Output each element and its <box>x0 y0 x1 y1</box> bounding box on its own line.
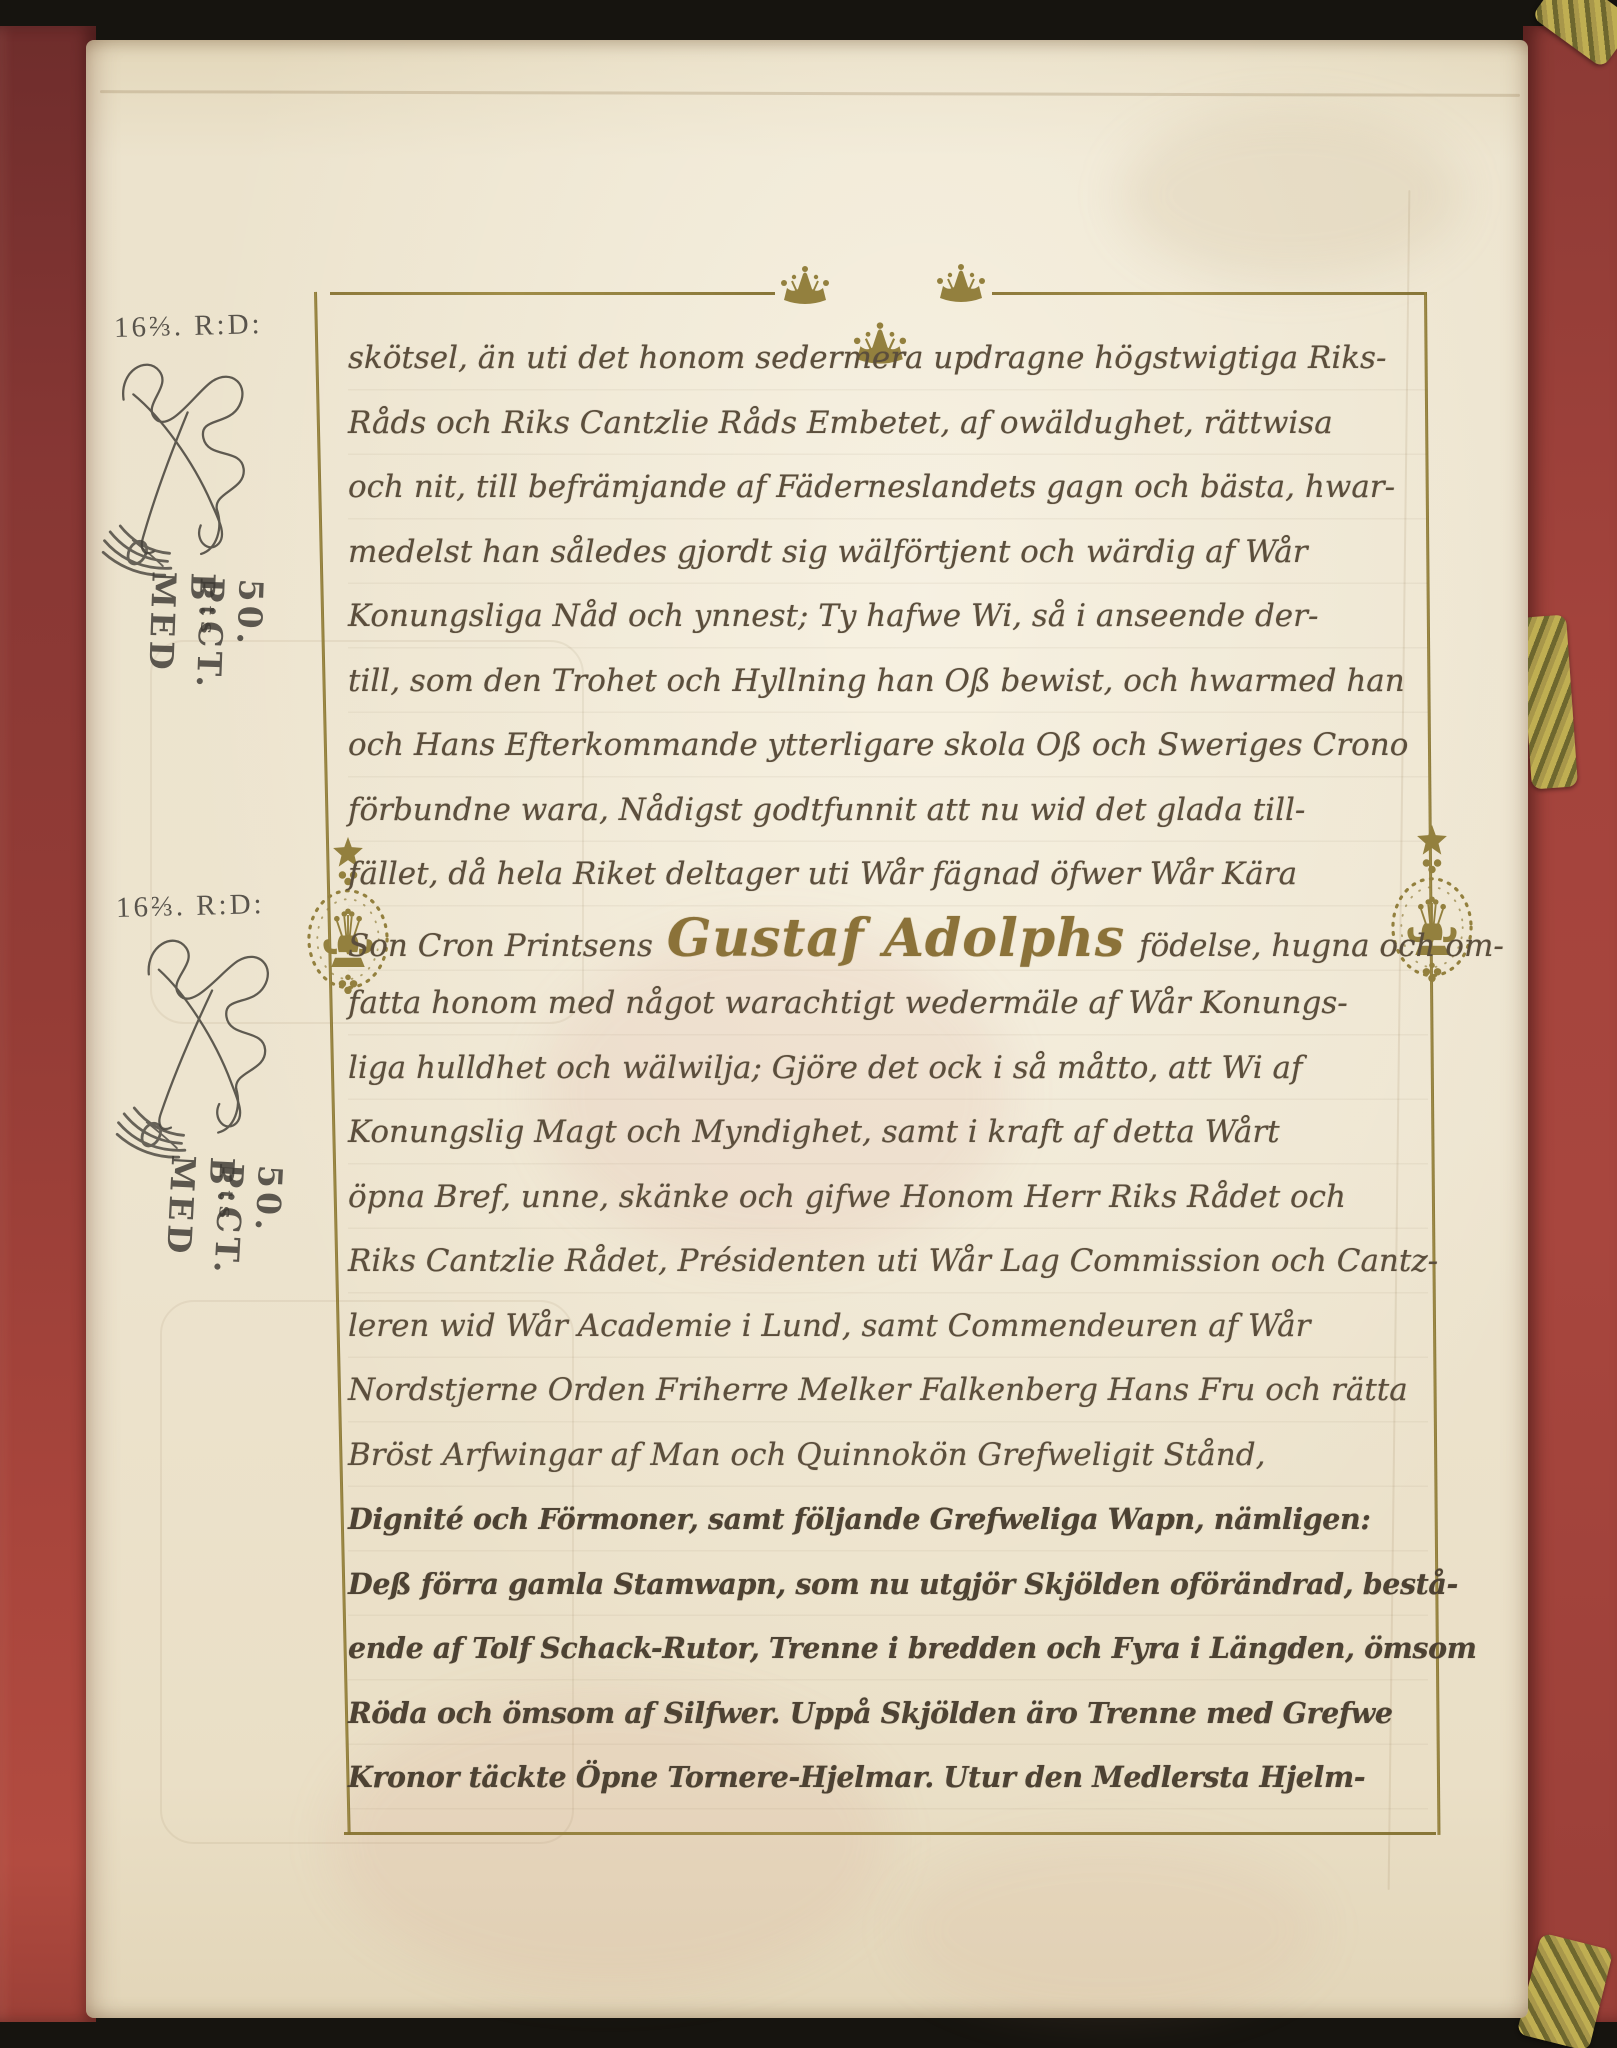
manuscript-line: och Hans Efterkommande ytterligare skola… <box>348 713 1428 778</box>
manuscript-line: Deß förra gamla Stamwapn, som nu utgjör … <box>348 1552 1428 1617</box>
manuscript-line: fatta honom med något warachtigt wedermä… <box>348 971 1428 1036</box>
manuscript-line: förbundne wara, Nådigst godtfunnit att n… <box>348 778 1428 843</box>
manuscript-line: och nit, till befrämjande af Fäderneslan… <box>348 455 1428 520</box>
manuscript-line: medelst han således gjordt sig wälförtje… <box>348 520 1428 585</box>
crown-icon <box>772 262 838 308</box>
manuscript-line: Konungsliga Nåd och ynnest; Ty hafwe Wi,… <box>348 584 1428 649</box>
manuscript-line: leren wid Wår Academie i Lund, samt Comm… <box>348 1294 1428 1359</box>
parchment-stain <box>900 1840 1320 2020</box>
crown-icon <box>928 260 994 306</box>
manuscript-line: liga hulldhet och wälwilja; Gjöre det oc… <box>348 1036 1428 1101</box>
frame-bottom-line <box>344 1832 1436 1835</box>
manuscript-line: fället, då hela Riket deltager uti Wår f… <box>348 842 1428 907</box>
discount-stamp-col: 50. P:CT. <box>204 1162 290 1326</box>
manuscript-line: Röda och ömsom af Silfwer. Uppå Skjölden… <box>348 1681 1428 1746</box>
manuscript-line: skötsel, än uti det honom sedermera updr… <box>348 326 1428 391</box>
manuscript-line: Konungslig Magt och Myndighet, samt i kr… <box>348 1100 1428 1165</box>
book-cover-right-edge <box>1523 26 1617 2022</box>
manuscript-line: Riks Cantzlie Rådet, Présidenten uti Wår… <box>348 1229 1428 1294</box>
discount-stamp-col: 50. P:CT. <box>187 577 271 740</box>
manuscript-line: Dignité och Förmoner, samt följande Gref… <box>348 1487 1428 1552</box>
manuscript-line: Son Cron PrintsensGustaf Adolphsfödelse,… <box>348 907 1428 972</box>
manuscript-line: ende af Tolf Schack-Rutor, Trenne i bred… <box>348 1616 1428 1681</box>
manuscript-line: Bröst Arfwingar af Man och Quinnokön Gre… <box>348 1423 1428 1488</box>
book-cover-left-edge <box>0 26 96 2022</box>
manuscript-line: till, som den Trohet och Hyllning han Oß… <box>348 649 1428 714</box>
line-prefix: Son Cron Printsens <box>348 928 653 964</box>
photographed-book-page: 16⅔. R:D: Bᵗˢ MED 50. P:CT. 16⅔. R:D: Bᵗ… <box>0 0 1617 2048</box>
manuscript-line: öpna Bref, unne, skänke och gifwe Honom … <box>348 1165 1428 1230</box>
manuscript-line: Nordstjerne Orden Friherre Melker Falken… <box>348 1358 1428 1423</box>
frame-top-right-segment <box>992 292 1427 295</box>
line-suffix: födelse, hugna och om- <box>1139 928 1504 964</box>
revenue-rate-stamp: 16⅔. R:D: <box>114 308 263 345</box>
manuscript-text-block: skötsel, än uti det honom sedermera updr… <box>348 326 1428 1826</box>
frame-top-left-segment <box>330 292 775 295</box>
manuscript-line: Kronor täckte Öpne Tornere-Hjelmar. Utur… <box>348 1745 1428 1810</box>
manuscript-line: Råds och Riks Cantzlie Råds Embetet, af … <box>348 391 1428 456</box>
royal-name: Gustaf Adolphs <box>667 908 1125 969</box>
